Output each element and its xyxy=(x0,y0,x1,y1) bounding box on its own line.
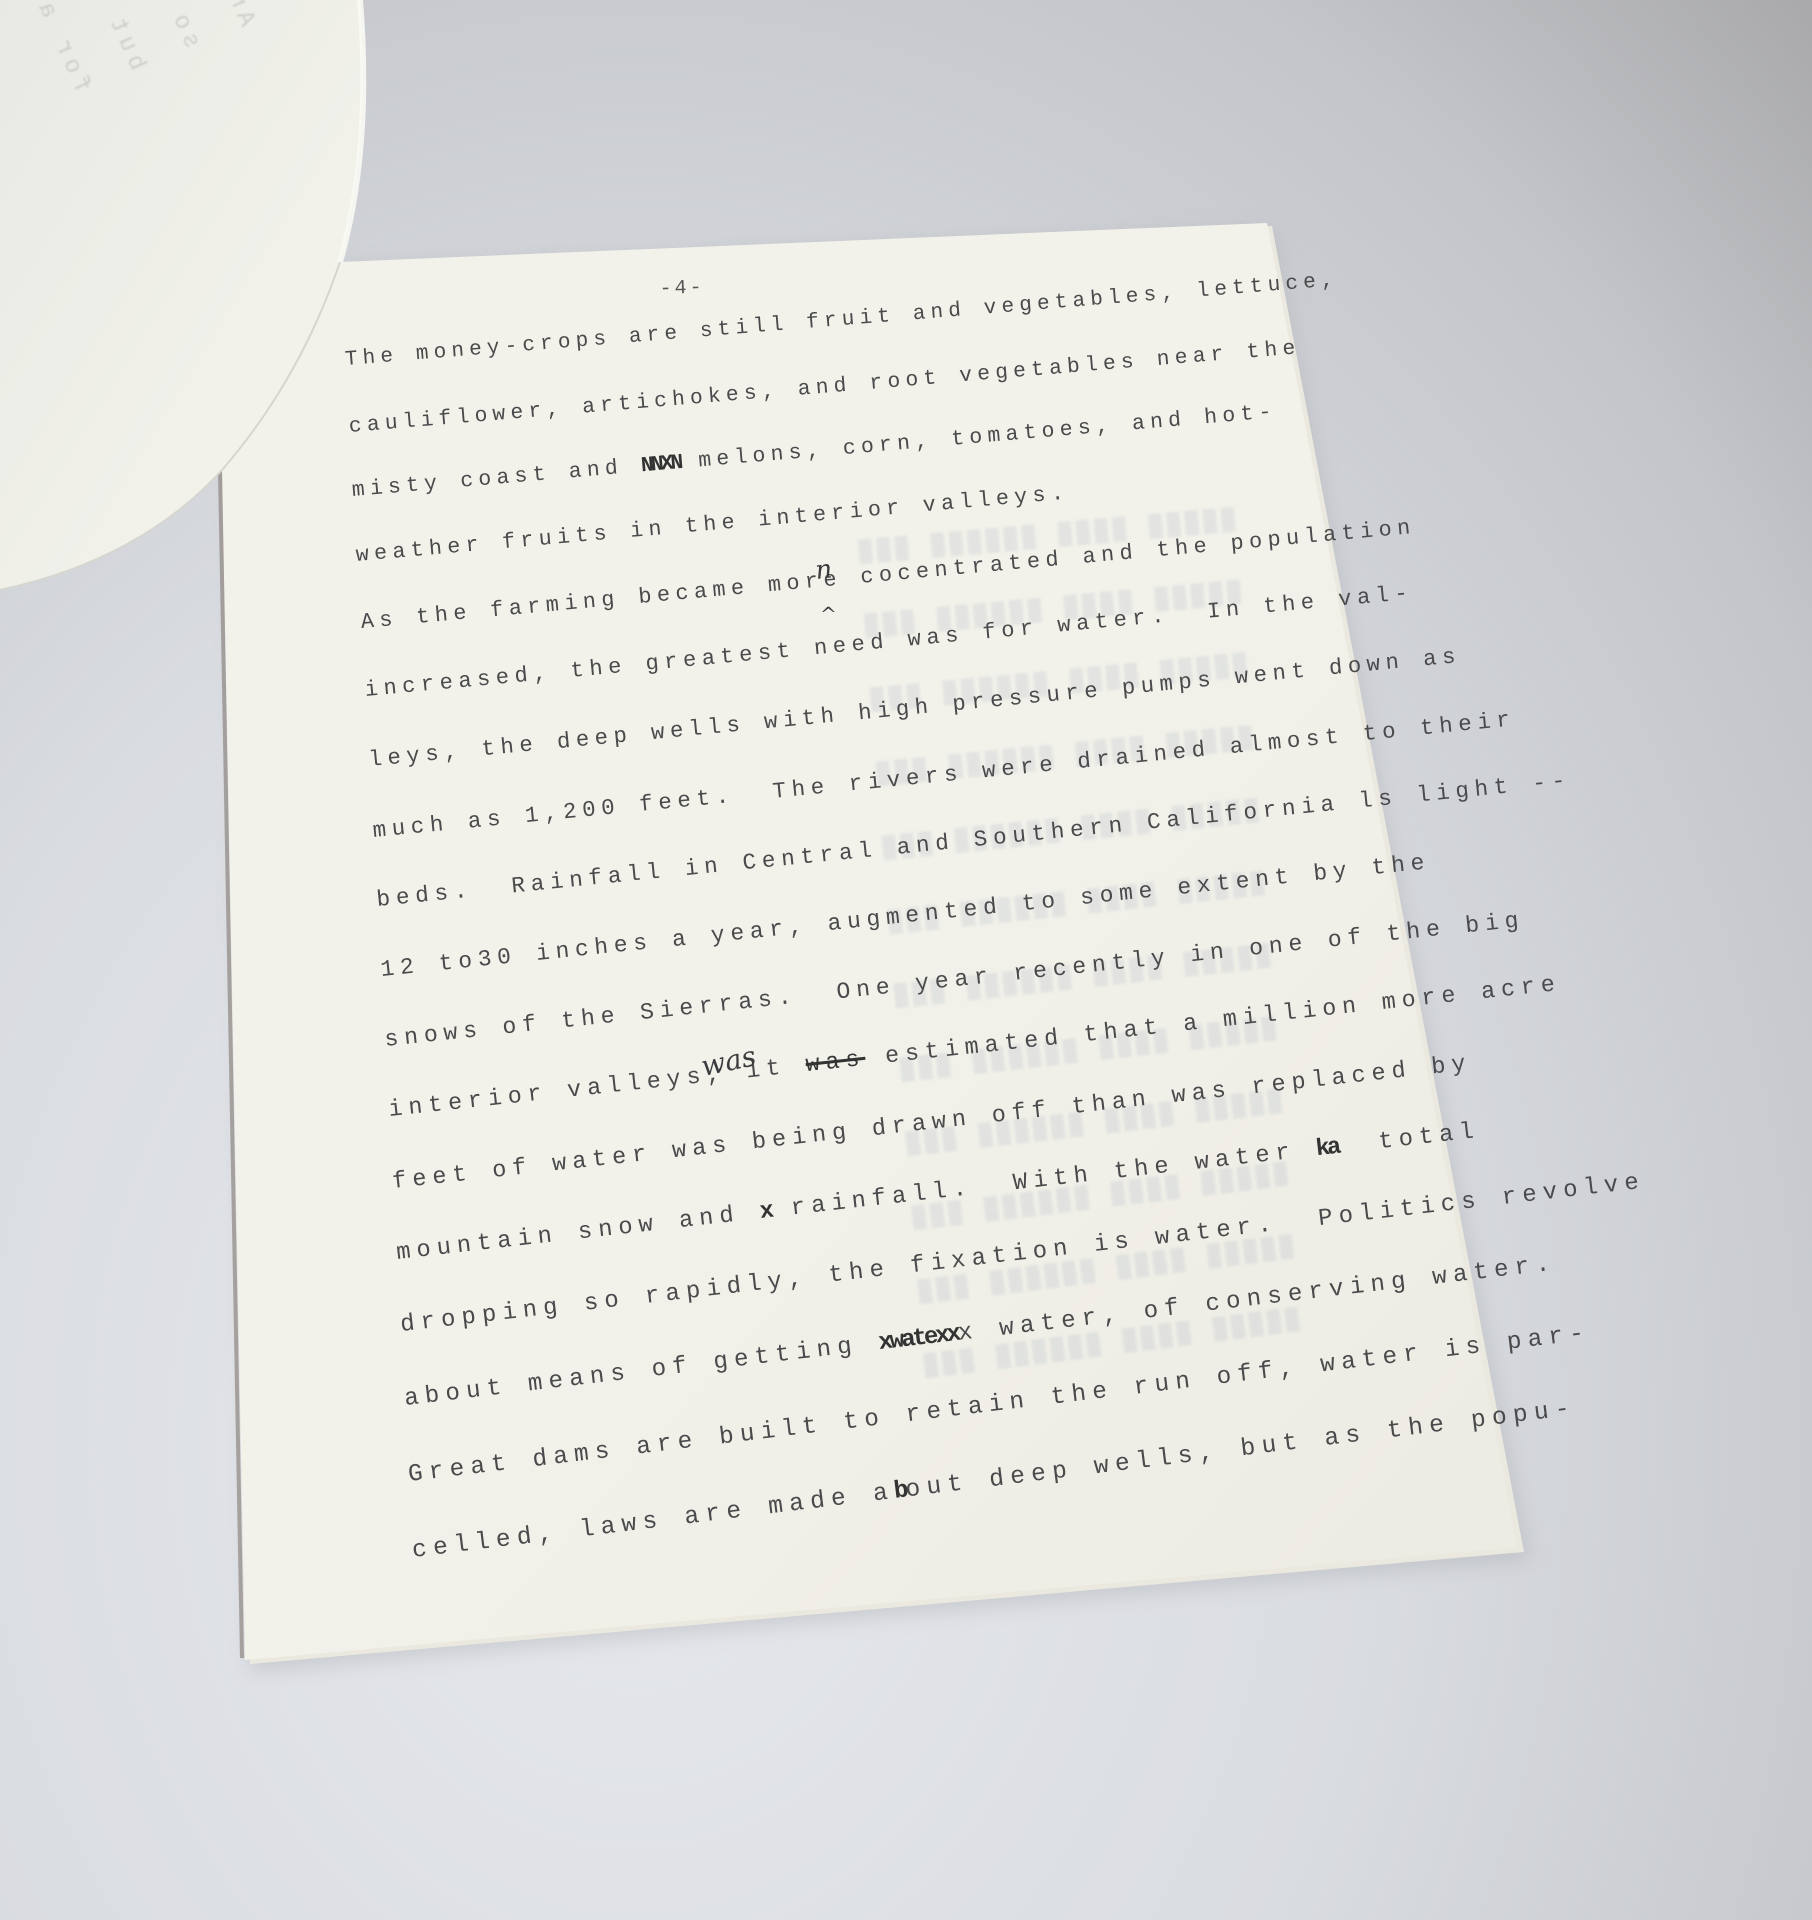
text-segment: x water, of conserving water. xyxy=(957,1250,1558,1347)
page-number: -4- xyxy=(659,276,705,301)
text-segment: snows of the Sierras. One year recently … xyxy=(383,907,1525,1053)
text-segment: in xyxy=(684,853,725,883)
text-line: mountain snow and x rainfall. With the w… xyxy=(395,1118,1481,1267)
text-line: Great dams are built to retain the run o… xyxy=(407,1320,1592,1489)
text-segment: mountain snow and xyxy=(395,1199,761,1267)
text-segment: misty coast and xyxy=(351,454,642,503)
correction-overstrike: ka xyxy=(1315,1134,1340,1163)
text-segment: Great dams are built to retain the run o… xyxy=(407,1320,1592,1489)
text-line: celled, laws are made about deep wells, … xyxy=(411,1395,1578,1565)
caret-mark: ^ xyxy=(820,602,837,626)
text-line: much as 1,200 feet. The rivers were drai… xyxy=(371,706,1516,844)
text-segment: 12 to30 inches a year, augmented to some… xyxy=(379,849,1431,983)
photo-scene: And by now, youso hard to getbut it was … xyxy=(0,0,1812,1920)
text-line: beds. Rainfall in Central and Southern C… xyxy=(375,768,1572,914)
text-line: 12 to30 inches a year, augmented to some… xyxy=(379,849,1431,983)
text-line: snows of the Sierras. One year recently … xyxy=(383,907,1525,1053)
handwritten-insert-n: n xyxy=(814,554,834,586)
text-segment: beds. Rainfall xyxy=(375,857,686,914)
typed-page: -4- The money-crops are still fruit and … xyxy=(0,0,1812,1920)
correction-struck: was xyxy=(804,1046,866,1078)
text-line: feet of water was being drawn off than w… xyxy=(391,1050,1473,1196)
text-segment: rainfall. With the water xyxy=(769,1137,1317,1225)
text-line: interior valleys, it was estimated that … xyxy=(387,971,1562,1123)
text-segment: melons, corn, tomatoes, and hot- xyxy=(679,400,1277,475)
correction-overstrike: NNXN xyxy=(640,451,681,478)
text-segment: total xyxy=(1337,1118,1481,1161)
text-segment: feet of water was being drawn off than w… xyxy=(391,1050,1473,1196)
text-segment: much as 1,200 feet. The rivers were drai… xyxy=(371,706,1516,844)
correction-overstrike: xwatexx xyxy=(877,1321,960,1357)
text-line: about means of getting xwatexxx water, o… xyxy=(403,1250,1558,1413)
text-segment: celled, laws are made a xyxy=(411,1479,896,1565)
text-segment: about means of getting xyxy=(403,1330,880,1413)
